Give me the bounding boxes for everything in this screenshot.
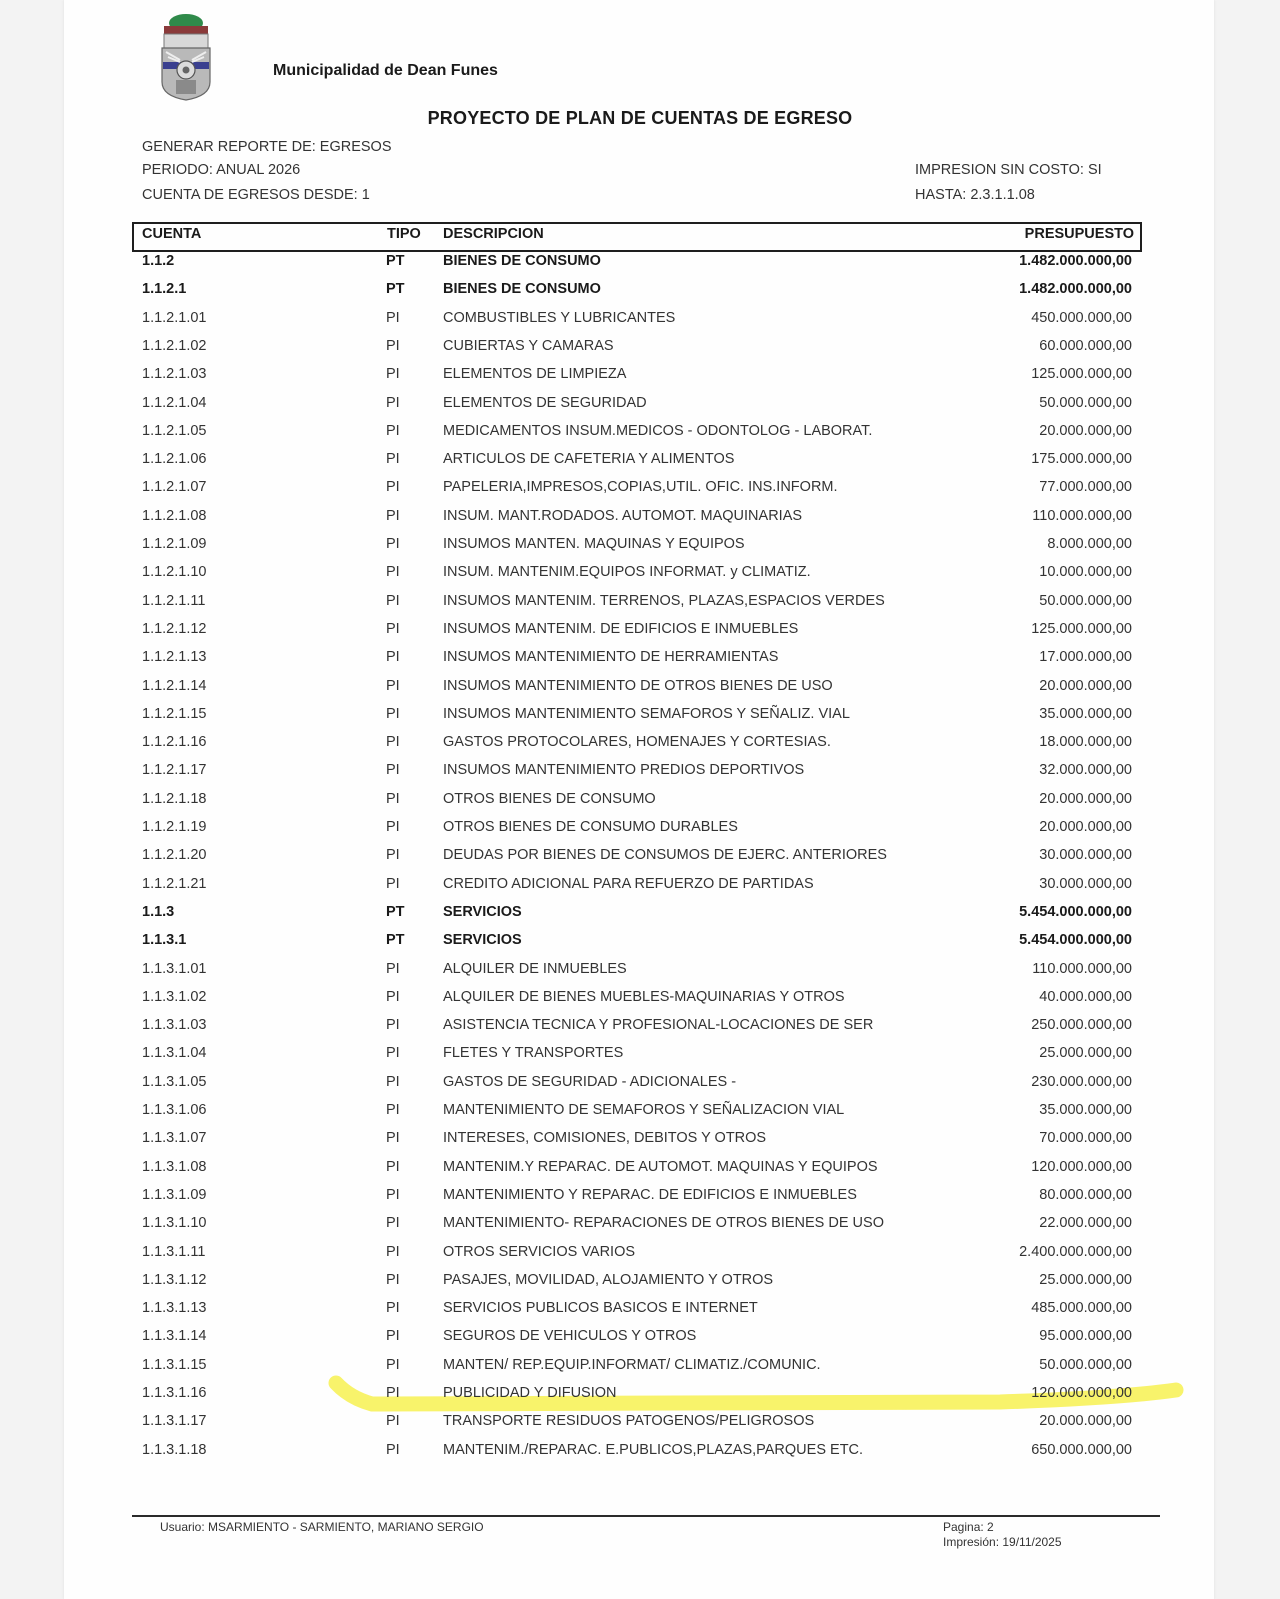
account-description: MANTENIMIENTO DE SEMAFOROS Y SEÑALIZACIO… (443, 1102, 844, 1118)
account-description: INSUMOS MANTENIMIENTO DE OTROS BIENES DE… (443, 678, 833, 694)
account-description: CUBIERTAS Y CAMARAS (443, 338, 614, 354)
account-from: CUENTA DE EGRESOS DESDE: 1 (142, 187, 370, 203)
account-type: PI (386, 564, 400, 580)
table-row: 1.1.2.1.04PIELEMENTOS DE SEGURIDAD50.000… (0, 395, 1280, 423)
table-row: 1.1.3.1.06PIMANTENIMIENTO DE SEMAFOROS Y… (0, 1102, 1280, 1130)
account-budget: 125.000.000,00 (1031, 366, 1132, 382)
organization-name: Municipalidad de Dean Funes (273, 62, 498, 80)
account-description: ELEMENTOS DE SEGURIDAD (443, 395, 647, 411)
account-description: MANTENIM.Y REPARAC. DE AUTOMOT. MAQUINAS… (443, 1159, 878, 1175)
account-description: INTERESES, COMISIONES, DEBITOS Y OTROS (443, 1130, 766, 1146)
account-code: 1.1.2.1.10 (142, 564, 207, 580)
account-budget: 20.000.000,00 (1039, 819, 1132, 835)
account-code: 1.1.2.1.13 (142, 649, 207, 665)
account-type: PI (386, 678, 400, 694)
account-type: PI (386, 1187, 400, 1203)
account-type: PI (386, 1074, 400, 1090)
account-code: 1.1.3.1 (142, 932, 186, 948)
account-budget: 25.000.000,00 (1039, 1045, 1132, 1061)
account-type: PI (386, 1442, 400, 1458)
account-type: PI (386, 876, 400, 892)
account-description: ELEMENTOS DE LIMPIEZA (443, 366, 626, 382)
account-code: 1.1.2.1.05 (142, 423, 207, 439)
account-type: PI (386, 479, 400, 495)
account-code: 1.1.3 (142, 904, 174, 920)
account-type: PI (386, 395, 400, 411)
account-code: 1.1.2 (142, 253, 174, 269)
account-description: INSUMOS MANTENIM. DE EDIFICIOS E INMUEBL… (443, 621, 798, 637)
account-code: 1.1.3.1.09 (142, 1187, 207, 1203)
table-row: 1.1.2.1.05PIMEDICAMENTOS INSUM.MEDICOS -… (0, 423, 1280, 451)
account-code: 1.1.2.1.19 (142, 819, 207, 835)
account-code: 1.1.2.1.12 (142, 621, 207, 637)
account-code: 1.1.3.1.11 (142, 1244, 205, 1260)
account-type: PI (386, 1244, 400, 1260)
account-budget: 35.000.000,00 (1039, 706, 1132, 722)
account-code: 1.1.3.1.06 (142, 1102, 207, 1118)
account-description: ALQUILER DE BIENES MUEBLES-MAQUINARIAS Y… (443, 989, 845, 1005)
table-row: 1.1.2.1.09PIINSUMOS MANTEN. MAQUINAS Y E… (0, 536, 1280, 564)
table-row: 1.1.2PTBIENES DE CONSUMO1.482.000.000,00 (0, 253, 1280, 281)
account-description: GASTOS DE SEGURIDAD - ADICIONALES - (443, 1074, 736, 1090)
table-row: 1.1.2.1.08PIINSUM. MANT.RODADOS. AUTOMOT… (0, 508, 1280, 536)
account-type: PI (386, 310, 400, 326)
account-budget: 50.000.000,00 (1039, 1357, 1132, 1373)
account-budget: 485.000.000,00 (1031, 1300, 1132, 1316)
account-code: 1.1.2.1.03 (142, 366, 207, 382)
table-row: 1.1.2.1.06PIARTICULOS DE CAFETERIA Y ALI… (0, 451, 1280, 479)
account-code: 1.1.3.1.03 (142, 1017, 207, 1033)
table-row: 1.1.2.1.18PIOTROS BIENES DE CONSUMO20.00… (0, 791, 1280, 819)
account-description: ASISTENCIA TECNICA Y PROFESIONAL-LOCACIO… (443, 1017, 873, 1033)
account-code: 1.1.3.1.04 (142, 1045, 207, 1061)
account-budget: 5.454.000.000,00 (1019, 904, 1132, 920)
account-description: INSUMOS MANTENIMIENTO PREDIOS DEPORTIVOS (443, 762, 804, 778)
table-row: 1.1.2.1.16PIGASTOS PROTOCOLARES, HOMENAJ… (0, 734, 1280, 762)
account-description: BIENES DE CONSUMO (443, 281, 601, 297)
account-description: OTROS BIENES DE CONSUMO DURABLES (443, 819, 738, 835)
account-type: PI (386, 423, 400, 439)
account-type: PT (386, 281, 405, 297)
account-code: 1.1.3.1.18 (142, 1442, 207, 1458)
account-code: 1.1.3.1.08 (142, 1159, 207, 1175)
column-header-cuenta: CUENTA (142, 226, 201, 242)
table-row: 1.1.3.1.12PIPASAJES, MOVILIDAD, ALOJAMIE… (0, 1272, 1280, 1300)
account-type: PI (386, 536, 400, 552)
account-budget: 35.000.000,00 (1039, 1102, 1132, 1118)
table-row: 1.1.2.1.19PIOTROS BIENES DE CONSUMO DURA… (0, 819, 1280, 847)
account-budget: 30.000.000,00 (1039, 876, 1132, 892)
account-budget: 125.000.000,00 (1031, 621, 1132, 637)
table-row: 1.1.2.1.20PIDEUDAS POR BIENES DE CONSUMO… (0, 847, 1280, 875)
table-row: 1.1.2.1.21PICREDITO ADICIONAL PARA REFUE… (0, 876, 1280, 904)
account-code: 1.1.2.1 (142, 281, 186, 297)
account-code: 1.1.2.1.07 (142, 479, 207, 495)
account-budget: 20.000.000,00 (1039, 791, 1132, 807)
account-code: 1.1.2.1.01 (142, 310, 207, 326)
account-description: FLETES Y TRANSPORTES (443, 1045, 623, 1061)
table-row: 1.1.2.1.07PIPAPELERIA,IMPRESOS,COPIAS,UT… (0, 479, 1280, 507)
table-row: 1.1.3.1.09PIMANTENIMIENTO Y REPARAC. DE … (0, 1187, 1280, 1215)
table-row: 1.1.2.1.10PIINSUM. MANTENIM.EQUIPOS INFO… (0, 564, 1280, 592)
account-budget: 20.000.000,00 (1039, 678, 1132, 694)
account-description: CREDITO ADICIONAL PARA REFUERZO DE PARTI… (443, 876, 814, 892)
account-code: 1.1.2.1.04 (142, 395, 207, 411)
account-budget: 175.000.000,00 (1031, 451, 1132, 467)
account-code: 1.1.2.1.08 (142, 508, 207, 524)
table-row: 1.1.2.1.17PIINSUMOS MANTENIMIENTO PREDIO… (0, 762, 1280, 790)
account-budget: 650.000.000,00 (1031, 1442, 1132, 1458)
account-type: PI (386, 508, 400, 524)
account-description: PAPELERIA,IMPRESOS,COPIAS,UTIL. OFIC. IN… (443, 479, 838, 495)
account-budget: 18.000.000,00 (1039, 734, 1132, 750)
account-code: 1.1.2.1.20 (142, 847, 207, 863)
account-budget: 110.000.000,00 (1032, 961, 1132, 977)
account-type: PI (386, 1300, 400, 1316)
account-type: PI (386, 1357, 400, 1373)
account-description: MANTENIM./REPARAC. E.PUBLICOS,PLAZAS,PAR… (443, 1442, 863, 1458)
account-type: PI (386, 1102, 400, 1118)
account-code: 1.1.3.1.12 (142, 1272, 207, 1288)
account-budget: 70.000.000,00 (1039, 1130, 1132, 1146)
account-budget: 50.000.000,00 (1039, 395, 1132, 411)
account-code: 1.1.2.1.11 (142, 593, 205, 609)
table-row: 1.1.3.1.13PISERVICIOS PUBLICOS BASICOS E… (0, 1300, 1280, 1328)
account-description: INSUM. MANT.RODADOS. AUTOMOT. MAQUINARIA… (443, 508, 802, 524)
account-code: 1.1.3.1.10 (142, 1215, 207, 1231)
account-type: PI (386, 961, 400, 977)
account-code: 1.1.2.1.21 (142, 876, 207, 892)
account-type: PI (386, 621, 400, 637)
account-description: INSUM. MANTENIM.EQUIPOS INFORMAT. y CLIM… (443, 564, 811, 580)
account-description: SERVICIOS PUBLICOS BASICOS E INTERNET (443, 1300, 758, 1316)
table-row: 1.1.2.1.11PIINSUMOS MANTENIM. TERRENOS, … (0, 593, 1280, 621)
table-row: 1.1.3.1.04PIFLETES Y TRANSPORTES25.000.0… (0, 1045, 1280, 1073)
table-row: 1.1.2.1.15PIINSUMOS MANTENIMIENTO SEMAFO… (0, 706, 1280, 734)
table-row: 1.1.2.1.12PIINSUMOS MANTENIM. DE EDIFICI… (0, 621, 1280, 649)
table-row: 1.1.2.1.14PIINSUMOS MANTENIMIENTO DE OTR… (0, 678, 1280, 706)
account-code: 1.1.3.1.01 (142, 961, 207, 977)
table-header: CUENTA TIPO DESCRIPCION PRESUPUESTO (132, 222, 1142, 252)
account-code: 1.1.3.1.02 (142, 989, 207, 1005)
account-budget: 120.000.000,00 (1031, 1385, 1132, 1401)
account-code: 1.1.2.1.02 (142, 338, 207, 354)
table-row: 1.1.3.1.11PIOTROS SERVICIOS VARIOS2.400.… (0, 1244, 1280, 1272)
account-budget: 40.000.000,00 (1039, 989, 1132, 1005)
account-description: SERVICIOS (443, 904, 522, 920)
account-description: ARTICULOS DE CAFETERIA Y ALIMENTOS (443, 451, 734, 467)
account-to: HASTA: 2.3.1.1.08 (915, 187, 1035, 203)
account-code: 1.1.3.1.14 (142, 1328, 207, 1344)
account-budget: 25.000.000,00 (1039, 1272, 1132, 1288)
account-code: 1.1.2.1.14 (142, 678, 207, 694)
table-row: 1.1.2.1.02PICUBIERTAS Y CAMARAS60.000.00… (0, 338, 1280, 366)
account-code: 1.1.3.1.05 (142, 1074, 207, 1090)
table-row: 1.1.3.1.03PIASISTENCIA TECNICA Y PROFESI… (0, 1017, 1280, 1045)
account-code: 1.1.2.1.06 (142, 451, 207, 467)
account-description: BIENES DE CONSUMO (443, 253, 601, 269)
account-description: PASAJES, MOVILIDAD, ALOJAMIENTO Y OTROS (443, 1272, 773, 1288)
account-type: PI (386, 1215, 400, 1231)
account-budget: 30.000.000,00 (1039, 847, 1132, 863)
print-no-cost: IMPRESION SIN COSTO: SI (915, 162, 1102, 178)
account-description: INSUMOS MANTEN. MAQUINAS Y EQUIPOS (443, 536, 745, 552)
account-description: DEUDAS POR BIENES DE CONSUMOS DE EJERC. … (443, 847, 887, 863)
account-description: OTROS BIENES DE CONSUMO (443, 791, 656, 807)
footer-divider (132, 1515, 1160, 1517)
account-type: PI (386, 593, 400, 609)
account-type: PI (386, 338, 400, 354)
account-description: MEDICAMENTOS INSUM.MEDICOS - ODONTOLOG -… (443, 423, 872, 439)
account-type: PI (386, 762, 400, 778)
account-budget: 20.000.000,00 (1039, 1413, 1132, 1429)
account-type: PT (386, 904, 405, 920)
account-budget: 95.000.000,00 (1039, 1328, 1132, 1344)
account-budget: 17.000.000,00 (1039, 649, 1132, 665)
account-description: SEGUROS DE VEHICULOS Y OTROS (443, 1328, 696, 1344)
account-budget: 250.000.000,00 (1031, 1017, 1132, 1033)
account-description: SERVICIOS (443, 932, 522, 948)
account-budget: 1.482.000.000,00 (1019, 253, 1132, 269)
account-type: PI (386, 1328, 400, 1344)
report-title: PROYECTO DE PLAN DE CUENTAS DE EGRESO (0, 108, 1280, 129)
column-header-tipo: TIPO (387, 226, 421, 242)
account-budget: 110.000.000,00 (1032, 508, 1132, 524)
table-row: 1.1.2.1.01PICOMBUSTIBLES Y LUBRICANTES45… (0, 310, 1280, 338)
account-description: MANTEN/ REP.EQUIP.INFORMAT/ CLIMATIZ./CO… (443, 1357, 821, 1373)
account-description: TRANSPORTE RESIDUOS PATOGENOS/PELIGROSOS (443, 1413, 814, 1429)
account-budget: 230.000.000,00 (1031, 1074, 1132, 1090)
account-description: OTROS SERVICIOS VARIOS (443, 1244, 635, 1260)
account-budget: 80.000.000,00 (1039, 1187, 1132, 1203)
account-type: PI (386, 791, 400, 807)
table-row: 1.1.3.1.10PIMANTENIMIENTO- REPARACIONES … (0, 1215, 1280, 1243)
table-row: 1.1.3.1.01PIALQUILER DE INMUEBLES110.000… (0, 961, 1280, 989)
account-type: PI (386, 989, 400, 1005)
report-type: GENERAR REPORTE DE: EGRESOS (142, 139, 392, 155)
account-budget: 10.000.000,00 (1039, 564, 1132, 580)
table-row: 1.1.3.1.07PIINTERESES, COMISIONES, DEBIT… (0, 1130, 1280, 1158)
account-code: 1.1.2.1.15 (142, 706, 207, 722)
table-row: 1.1.2.1.13PIINSUMOS MANTENIMIENTO DE HER… (0, 649, 1280, 677)
account-type: PI (386, 1385, 400, 1401)
account-code: 1.1.3.1.17 (142, 1413, 207, 1429)
account-budget: 5.454.000.000,00 (1019, 932, 1132, 948)
account-code: 1.1.3.1.16 (142, 1385, 207, 1401)
account-code: 1.1.3.1.13 (142, 1300, 207, 1316)
account-description: INSUMOS MANTENIMIENTO DE HERRAMIENTAS (443, 649, 778, 665)
account-budget: 32.000.000,00 (1039, 762, 1132, 778)
account-type: PI (386, 1017, 400, 1033)
account-code: 1.1.2.1.17 (142, 762, 207, 778)
account-code: 1.1.3.1.07 (142, 1130, 207, 1146)
account-type: PT (386, 253, 405, 269)
account-budget: 22.000.000,00 (1039, 1215, 1132, 1231)
table-row: 1.1.3.1.05PIGASTOS DE SEGURIDAD - ADICIO… (0, 1074, 1280, 1102)
table-row: 1.1.3.1PTSERVICIOS5.454.000.000,00 (0, 932, 1280, 960)
account-description: ALQUILER DE INMUEBLES (443, 961, 627, 977)
account-type: PI (386, 734, 400, 750)
account-description: INSUMOS MANTENIMIENTO SEMAFOROS Y SEÑALI… (443, 706, 850, 722)
municipal-coat-of-arms-icon (158, 12, 214, 102)
footer-user: Usuario: MSARMIENTO - SARMIENTO, MARIANO… (160, 1520, 484, 1534)
table-row: 1.1.3PTSERVICIOS5.454.000.000,00 (0, 904, 1280, 932)
account-type: PI (386, 366, 400, 382)
account-budget: 8.000.000,00 (1047, 536, 1132, 552)
footer-page-number: Pagina: 2 (943, 1520, 994, 1534)
account-type: PT (386, 932, 405, 948)
table-row-highlighted: 1.1.3.1.16PIPUBLICIDAD Y DIFUSION120.000… (0, 1385, 1280, 1413)
account-type: PI (386, 1159, 400, 1175)
column-header-descripcion: DESCRIPCION (443, 226, 544, 242)
account-budget: 450.000.000,00 (1031, 310, 1132, 326)
account-type: PI (386, 847, 400, 863)
report-period: PERIODO: ANUAL 2026 (142, 162, 300, 178)
account-code: 1.1.2.1.09 (142, 536, 207, 552)
account-type: PI (386, 819, 400, 835)
table-row: 1.1.3.1.17PITRANSPORTE RESIDUOS PATOGENO… (0, 1413, 1280, 1441)
table-row: 1.1.3.1.14PISEGUROS DE VEHICULOS Y OTROS… (0, 1328, 1280, 1356)
account-description: INSUMOS MANTENIM. TERRENOS, PLAZAS,ESPAC… (443, 593, 885, 609)
account-type: PI (386, 1413, 400, 1429)
account-type: PI (386, 1045, 400, 1061)
account-budget: 120.000.000,00 (1031, 1159, 1132, 1175)
account-description: MANTENIMIENTO- REPARACIONES DE OTROS BIE… (443, 1215, 884, 1231)
footer-print-date: Impresión: 19/11/2025 (943, 1535, 1062, 1549)
account-type: PI (386, 1130, 400, 1146)
account-code: 1.1.2.1.18 (142, 791, 207, 807)
account-description: GASTOS PROTOCOLARES, HOMENAJES Y CORTESI… (443, 734, 831, 750)
account-description: COMBUSTIBLES Y LUBRICANTES (443, 310, 675, 326)
account-description: PUBLICIDAD Y DIFUSION (443, 1385, 617, 1401)
account-type: PI (386, 649, 400, 665)
account-code: 1.1.3.1.15 (142, 1357, 207, 1373)
account-budget: 20.000.000,00 (1039, 423, 1132, 439)
account-budget: 2.400.000.000,00 (1019, 1244, 1132, 1260)
table-row: 1.1.2.1.03PIELEMENTOS DE LIMPIEZA125.000… (0, 366, 1280, 394)
account-type: PI (386, 1272, 400, 1288)
account-type: PI (386, 706, 400, 722)
account-budget: 50.000.000,00 (1039, 593, 1132, 609)
table-row: 1.1.3.1.08PIMANTENIM.Y REPARAC. DE AUTOM… (0, 1159, 1280, 1187)
table-row: 1.1.3.1.02PIALQUILER DE BIENES MUEBLES-M… (0, 989, 1280, 1017)
table-row: 1.1.3.1.18PIMANTENIM./REPARAC. E.PUBLICO… (0, 1442, 1280, 1470)
account-budget: 60.000.000,00 (1039, 338, 1132, 354)
account-description: MANTENIMIENTO Y REPARAC. DE EDIFICIOS E … (443, 1187, 857, 1203)
table-row: 1.1.2.1PTBIENES DE CONSUMO1.482.000.000,… (0, 281, 1280, 309)
table-row: 1.1.3.1.15PIMANTEN/ REP.EQUIP.INFORMAT/ … (0, 1357, 1280, 1385)
account-type: PI (386, 451, 400, 467)
account-budget: 77.000.000,00 (1039, 479, 1132, 495)
account-code: 1.1.2.1.16 (142, 734, 207, 750)
column-header-presupuesto: PRESUPUESTO (1025, 226, 1134, 242)
account-budget: 1.482.000.000,00 (1019, 281, 1132, 297)
